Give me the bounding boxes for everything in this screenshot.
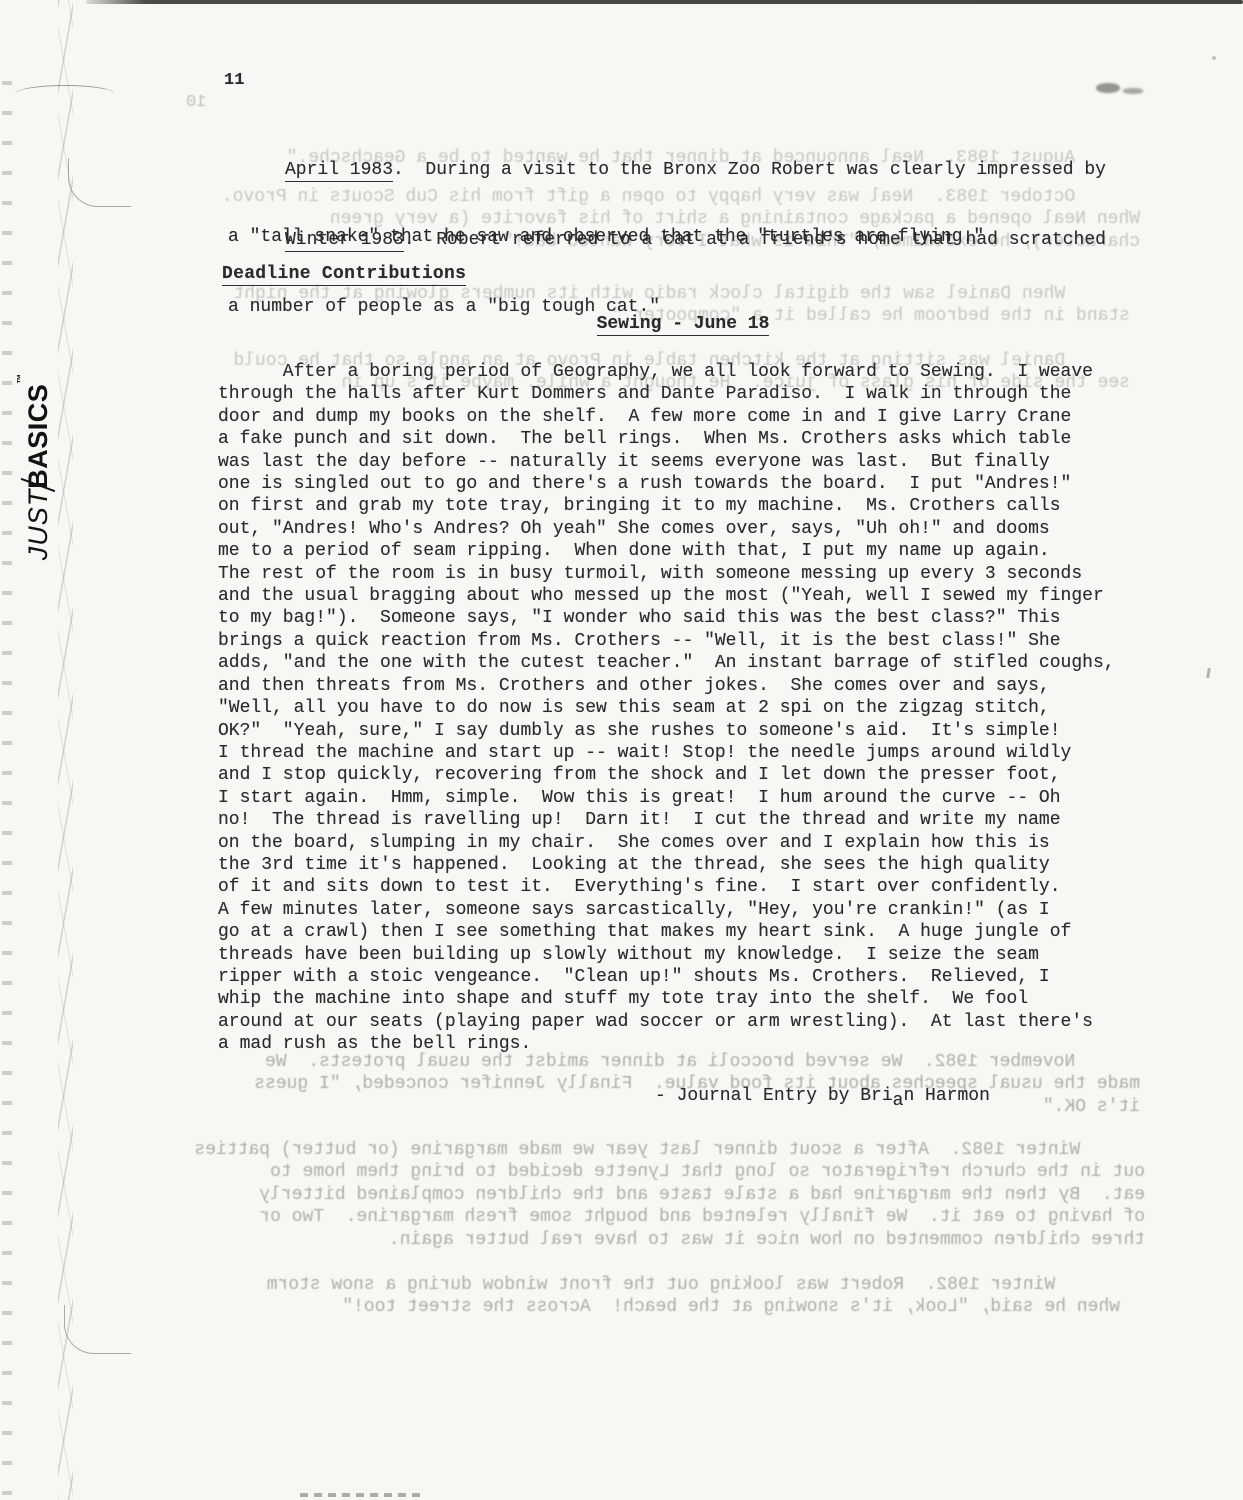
article-line: to my bag!"). Someone says, "I wonder wh… bbox=[218, 607, 1148, 629]
entry-first-line: Winter 1983. Robert referred to a cat at… bbox=[228, 229, 1158, 251]
bleedthrough-line: out in the church refrigerator so long t… bbox=[115, 1161, 1145, 1183]
article-line: The rest of the room is in busy turmoil,… bbox=[218, 563, 1148, 585]
article-line: on first and grab my tote tray, bringing… bbox=[218, 495, 1148, 517]
article-line: and the usual bragging about who messed … bbox=[218, 585, 1148, 607]
article-line: of it and sits down to test it. Everythi… bbox=[218, 876, 1148, 898]
bleedthrough-line: Winter 1982. Robert was looking out the … bbox=[130, 1274, 1120, 1296]
article-title: Sewing - June 18 bbox=[218, 314, 1148, 334]
bleedthrough-line: three children commented on how nice it … bbox=[115, 1229, 1145, 1251]
article-line: I thread the machine and start up -- wai… bbox=[218, 742, 1148, 764]
bleedthrough-block: Winter 1982. Robert was looking out the … bbox=[130, 1274, 1120, 1319]
article-line: through the halls after Kurt Dommers and… bbox=[218, 383, 1148, 405]
entry-first-line: April 1983. During a visit to the Bronx … bbox=[228, 159, 1158, 181]
bleedthrough-line: of having to eat it. We finally relented… bbox=[115, 1206, 1145, 1228]
article-line: ripper with a stoic vengeance. "Clean up… bbox=[218, 966, 1148, 988]
scanned-document-page: JUST BASICS ™ 10 August 1983. Neal annou… bbox=[0, 0, 1243, 1500]
article-line: me to a period of seam ripping. When don… bbox=[218, 540, 1148, 562]
page-number: 11 bbox=[224, 71, 244, 90]
section-heading: Deadline Contributions bbox=[222, 264, 466, 284]
article-line: door and dump my books on the shelf. A f… bbox=[218, 406, 1148, 428]
article-line: whip the machine into shape and stuff my… bbox=[218, 988, 1148, 1010]
article-line: the 3rd time it's happened. Looking at t… bbox=[218, 854, 1148, 876]
entry-date: Winter 1983 bbox=[285, 230, 404, 252]
bleedthrough-page-number: 10 bbox=[186, 93, 206, 112]
byline-text: n Harmon bbox=[903, 1086, 989, 1106]
article-line: around at our seats (playing paper wad s… bbox=[218, 1011, 1148, 1033]
section-heading-text: Deadline Contributions bbox=[222, 264, 466, 286]
article-line: OK?" "Yeah, sure," I say dumbly as she r… bbox=[218, 720, 1148, 742]
article-lines: After a boring period of Geography, we a… bbox=[218, 361, 1148, 1056]
article-line: on the board, slumping in my chair. She … bbox=[218, 832, 1148, 854]
article-line: I start again. Hmm, simple. Wow this is … bbox=[218, 787, 1148, 809]
bleedthrough-line: eat. By then the margarine had a stale t… bbox=[115, 1184, 1145, 1206]
article-line: a fake punch and sit down. The bell ring… bbox=[218, 428, 1148, 450]
entry-date: April 1983 bbox=[285, 160, 393, 182]
article-line: no! The thread is ravelling up! Darn it!… bbox=[218, 809, 1148, 831]
bleedthrough-block: Winter 1982. After a scout dinner last y… bbox=[115, 1139, 1145, 1251]
article-body: After a boring period of Geography, we a… bbox=[218, 361, 1148, 1107]
article-line: a mad rush as the bell rings. bbox=[218, 1033, 1148, 1055]
article-line: adds, "and the one with the cutest teach… bbox=[218, 652, 1148, 674]
article-line: threads have been building up slowly wit… bbox=[218, 944, 1148, 966]
bleedthrough-line: when he said, "Look, it's snowing at the… bbox=[130, 1296, 1120, 1318]
article-line: out, "Andres! Who's Andres? Oh yeah" She… bbox=[218, 518, 1148, 540]
byline-subscript-letter: a bbox=[893, 1090, 904, 1112]
byline-text: - Journal Entry by Bri bbox=[655, 1086, 893, 1106]
article-line: was last the day before -- naturally it … bbox=[218, 451, 1148, 473]
article-line: After a boring period of Geography, we a… bbox=[218, 361, 1148, 383]
article-line: and then threats from Ms. Crothers and o… bbox=[218, 675, 1148, 697]
entry-text: . Robert referred to a cat at a friend's… bbox=[404, 230, 1106, 250]
article-byline: - Journal Entry by Brian Harmon bbox=[655, 1085, 1148, 1107]
article-line: brings a quick reaction from Ms. Crother… bbox=[218, 630, 1148, 652]
article-line: go at a crawl) then I see something that… bbox=[218, 921, 1148, 943]
article-line: "Well, all you have to do now is sew thi… bbox=[218, 697, 1148, 719]
bleedthrough-line: Winter 1982. After a scout dinner last y… bbox=[115, 1139, 1145, 1161]
entry-text: . During a visit to the Bronx Zoo Robert… bbox=[393, 160, 1106, 180]
article-line: and I stop quickly, recovering from the … bbox=[218, 764, 1148, 786]
article-title-text: Sewing - June 18 bbox=[597, 314, 770, 336]
article-line: A few minutes later, someone says sarcas… bbox=[218, 899, 1148, 921]
article-line: one is singled out to go and there's a r… bbox=[218, 473, 1148, 495]
